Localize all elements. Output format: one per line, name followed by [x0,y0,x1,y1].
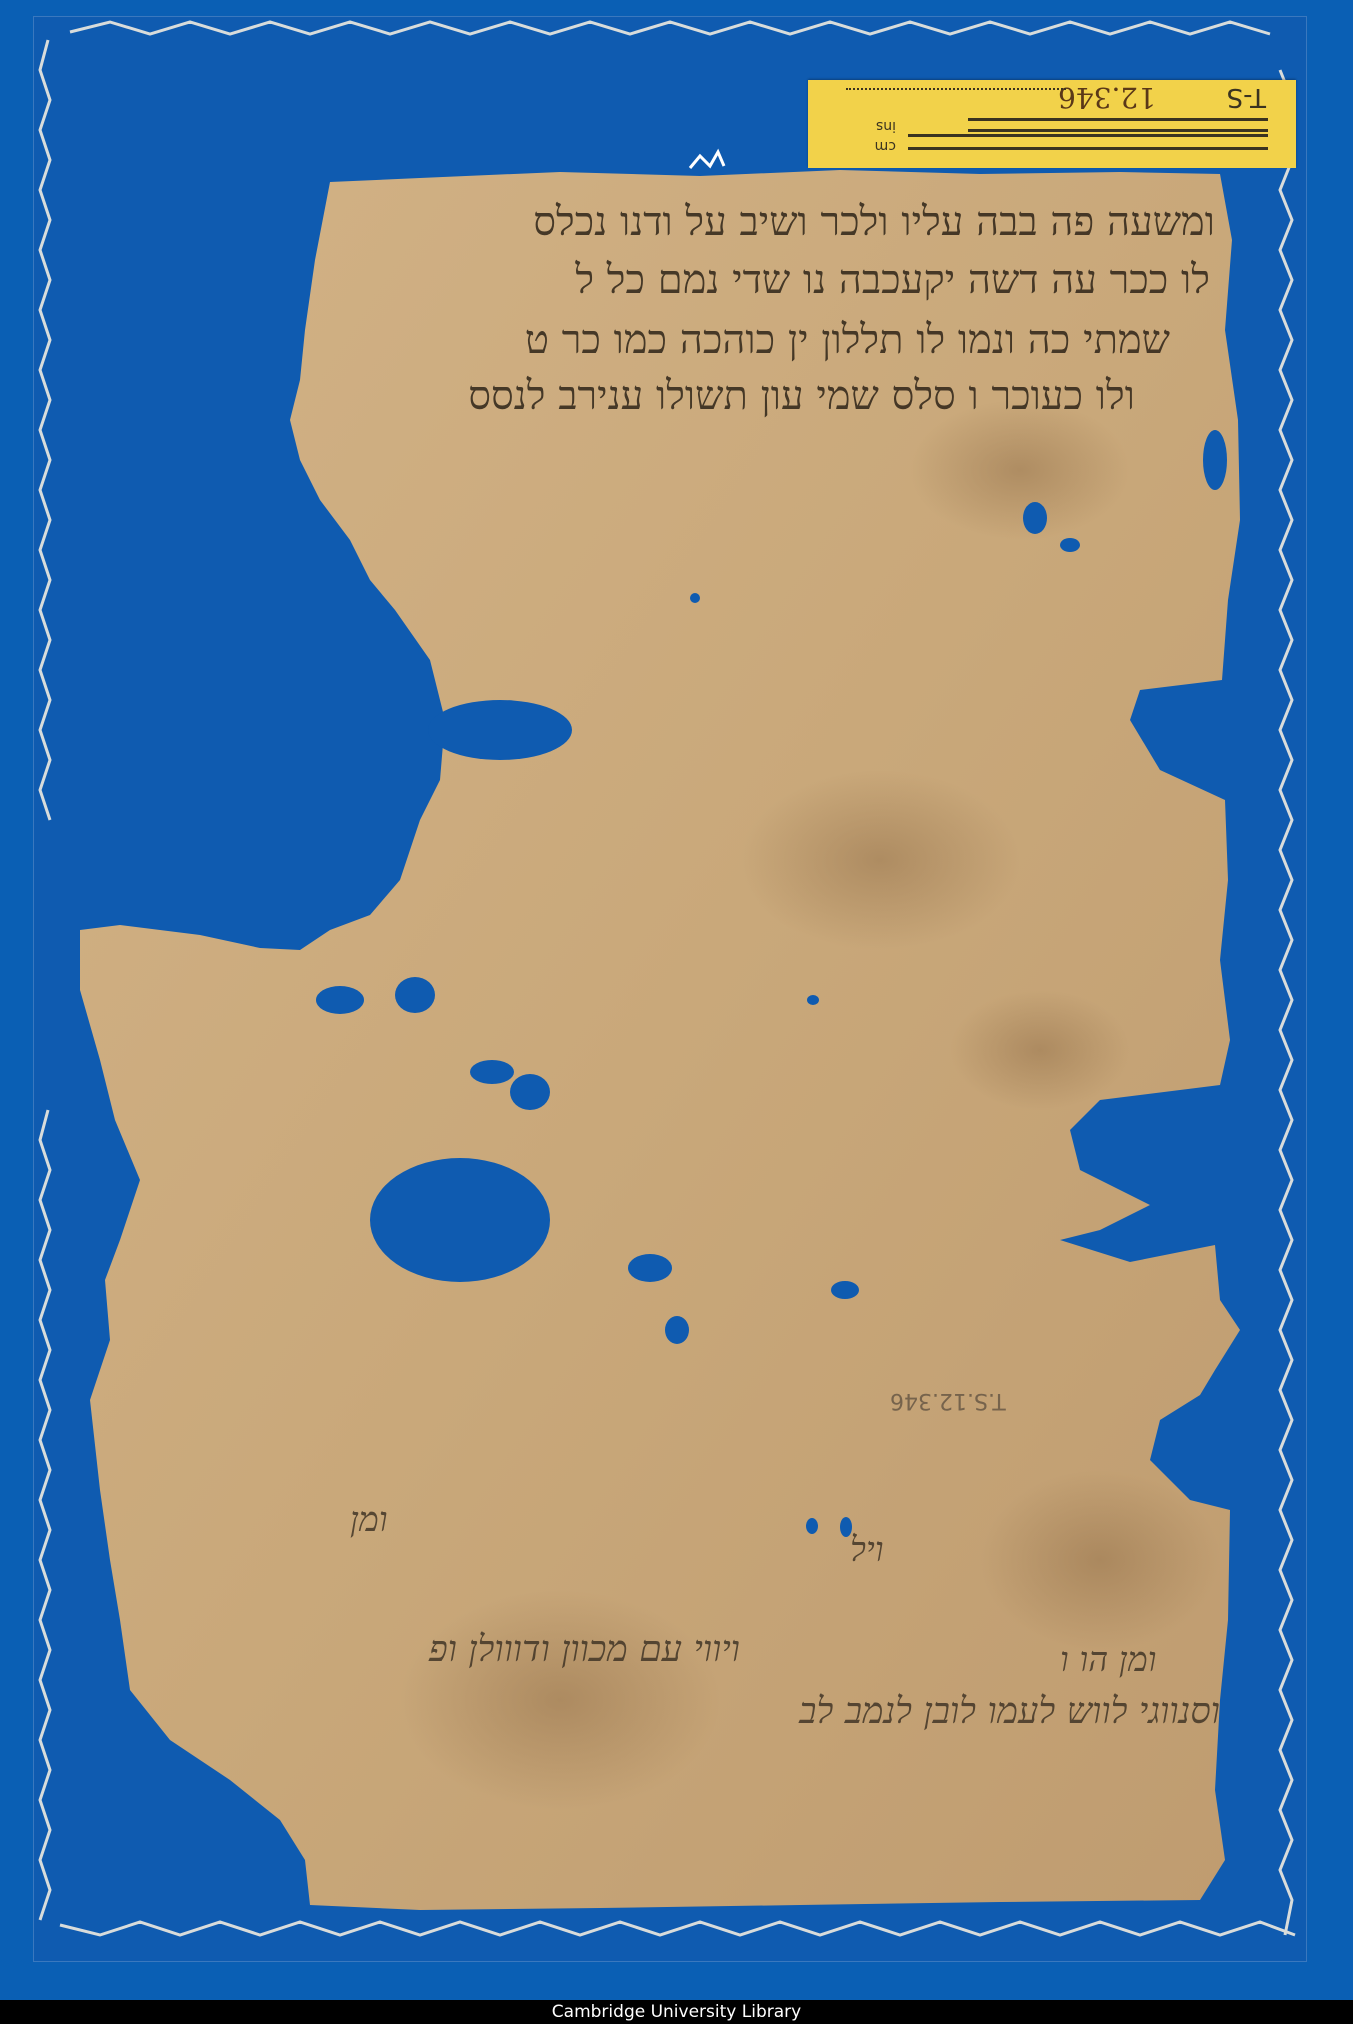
lower-note-2: ויל [850,1530,884,1570]
shelfmark-label: cm ins T-S 12.346 [808,80,1296,168]
thread-tuft [690,152,724,168]
manuscript-line-4: ולו כעוכר ו סלס שמי עון תשולו ענירב לנסס [275,372,1135,419]
scale-unit-cm: cm [875,138,896,154]
lower-line-2: ומן הו ו [1060,1640,1156,1680]
manuscript-line-1: ומשעה פה בבה עליו ולכר ושיב על ודנו נכלס [335,198,1215,245]
pencil-shelfmark: T.S.12.346 [890,1388,1006,1413]
lower-line-3: וסנווגי לווש לעמו לובן לנמב לב [160,1690,1220,1732]
label-dotted-line [846,88,1066,90]
scale-unit-ins: ins [876,118,896,134]
shelfmark-number: 12.346 [1058,81,1156,114]
footer-credit: Cambridge University Library [0,2000,1353,2024]
lower-line-1: ויווי עם מכוון ודווולן ופ [180,1628,740,1670]
scale-bar-ins [908,134,1268,150]
manuscript-image: cm ins T-S 12.346 ומשעה פה בבה עליו ולכר… [0,0,1353,2000]
manuscript-line-2: לו ככר עה דשה יקעכבה נו שדי נמם כל ל [300,256,1210,303]
lower-note-1: ומן [350,1500,388,1540]
scale-bar-cm [968,118,1268,132]
manuscript-line-3: שמתי כה ונמו לו תללון ין כוהכה כמו כר ט [290,316,1170,363]
shelfmark-prefix: T-S [1227,82,1266,112]
